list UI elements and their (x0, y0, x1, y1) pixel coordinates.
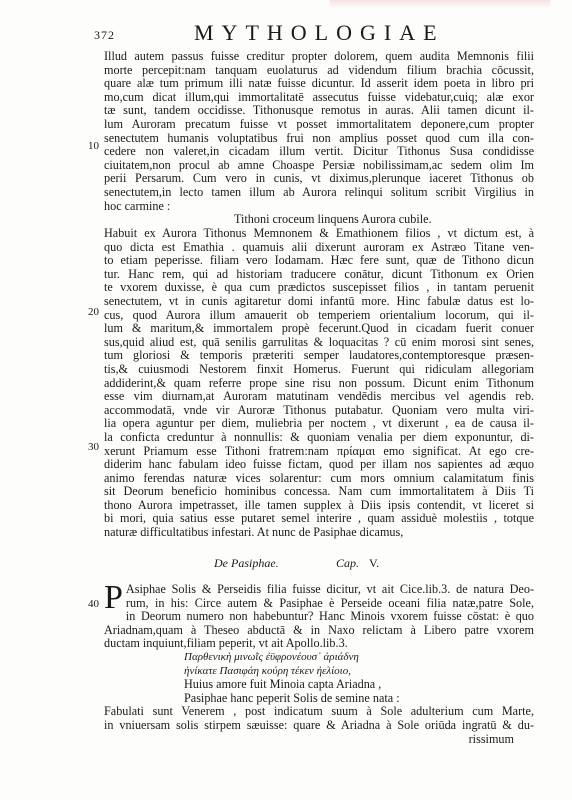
text-line: bi mori, quia satius esse putaret semel … (104, 512, 534, 526)
text-line: Habuit ex Aurora Tithonus Memnonem & Ema… (104, 227, 534, 241)
chapter-label: Cap. (336, 556, 359, 570)
text-line: morte percepit:nam tanquam euolaturus ad… (104, 64, 534, 78)
text-line: ciuitatem,non procul ab amne Choaspe Per… (104, 159, 534, 173)
text-line: addiderint,& quam referre prope sine ris… (104, 377, 534, 391)
text-line: Fabulati sunt Venerem , post indicatum s… (104, 705, 534, 719)
text-line: rum, in his: Circe autem & Pasiphae è Pe… (126, 597, 534, 611)
catchword: rissimum (104, 733, 534, 747)
text-line: hoc carmine : (104, 200, 534, 214)
margin-line-number: 40 (88, 598, 99, 610)
paragraph-pasiphae: P Asiphae Solis & Perseidis filia fuisse… (104, 583, 534, 746)
text-line: tur. Hanc rem, qui ad historiam traducer… (104, 268, 534, 282)
latin-verse: Pasiphae hanc peperit Solis de semine na… (104, 692, 534, 706)
margin-line-number: 10 (88, 140, 99, 152)
text-line: accommodatā, vnde vir Auroræ Tithonus pu… (104, 404, 534, 418)
text-line: te vxorem duxisse, è qua cum prædictos s… (104, 281, 534, 295)
text-line: Ariadnam,quam à Theseo abductā & in Naxo… (104, 624, 534, 638)
running-title: MYTHOLOGIAE (194, 20, 445, 46)
text-line: esse vim diurnam,at Auroram matutinam ve… (104, 390, 534, 404)
verse-quote: Tithoni croceum linquens Aurora cubile. (104, 213, 534, 227)
text-line: lum Auroram precatum fuisse vt posset im… (104, 118, 534, 132)
margin-line-number: 30 (88, 441, 99, 453)
text-line: thono Aurora impetrasset, ille tamen sup… (104, 499, 534, 513)
text-line: sit Deorum beneficio hominibus concessa.… (104, 485, 534, 499)
chapter-number: Cap.V. (336, 556, 379, 571)
text-line: tum gloriosi & temporis præteriti semper… (104, 349, 534, 363)
chapter-roman-numeral: V. (369, 556, 379, 570)
greek-verse: Παρθενικὴ μινωῒς ἐϋφρονέουσ᾽ ἀριάδνη (104, 651, 534, 665)
text-line: sus,quid aliud est, quā senilis garrulit… (104, 336, 534, 350)
text-line: cus, quod Aurora illum amauerit ob tempe… (104, 309, 534, 323)
paragraph-memnon: Habuit ex Aurora Tithonus Memnonem & Ema… (104, 227, 534, 540)
text-line: in vniuersam solis stirpem sæuisse: quar… (104, 719, 534, 733)
page-edge-tint (330, 0, 550, 8)
greek-verse: ἠνίκατε Πασιφάη κούρη τέκεν ἠελίοιο, (104, 665, 534, 679)
text-line: perii Persarum. Cum vero in cunis, vt di… (104, 172, 534, 186)
text-line: animo ferendas naturæ vices solarentur: … (104, 472, 534, 486)
text-line: cedere non valeret,in cicadam illum vert… (104, 145, 534, 159)
text-line: ductam inquiunt,filiam peperit, vt ait A… (104, 637, 534, 651)
text-line: quare alæ tum primum illi natæ fuisse di… (104, 77, 534, 91)
text-line: senectutem,in lecto tamen illum ab Auror… (104, 186, 534, 200)
text-line: naturæ difficultatibus infestari. At nun… (104, 526, 534, 540)
text-line: la conficta creduntur à nonnullis: & quo… (104, 431, 534, 445)
latin-verse: Huius amore fuit Minoia capta Ariadna , (104, 678, 534, 692)
text-line: to etiam peperisse. filiam vero Iodamam.… (104, 254, 534, 268)
text-line: lum & maritum,& immortalem propè fecerun… (104, 322, 534, 336)
drop-cap: P (104, 584, 123, 612)
text-line: senectutem, vt in cunis agitaretur domi … (104, 295, 534, 309)
page-header: 372 MYTHOLOGIAE (94, 20, 534, 46)
text-line: tæ sunt, tandem occidisse. Tithonusque r… (104, 104, 534, 118)
text-line: xerunt Priamum esse Tithoni fratrem:nam … (104, 445, 534, 459)
text-line: diderim hanc fabulam ideo fuisse fictam,… (104, 458, 534, 472)
text-line: in Deorum numero non habebuntur? Hanc Mi… (126, 610, 534, 624)
text-line: Illud autem passus fuisse creditur propt… (104, 50, 534, 64)
text-line: quo dicta est Emathia . quamuis alii dix… (104, 241, 534, 255)
text-line: tis,& cuiusmodi Nestorem finxit Homerus.… (104, 363, 534, 377)
chapter-title: De Pasiphae. (214, 556, 279, 571)
paragraph-tithonus: Illud autem passus fuisse creditur propt… (104, 50, 534, 227)
page-number: 372 (94, 28, 115, 43)
chapter-heading: De Pasiphae. Cap.V. (104, 556, 534, 574)
text-line: senectutem humanis voluptatibus frui non… (104, 132, 534, 146)
text-line: mo,cum dicat illum,qui immortalitatē ass… (104, 91, 534, 105)
margin-line-number: 20 (88, 306, 99, 318)
text-line: Asiphae Solis & Perseidis filia fuisse d… (126, 583, 534, 597)
text-line: lia opera aguntur per diem, muliebria pe… (104, 417, 534, 431)
